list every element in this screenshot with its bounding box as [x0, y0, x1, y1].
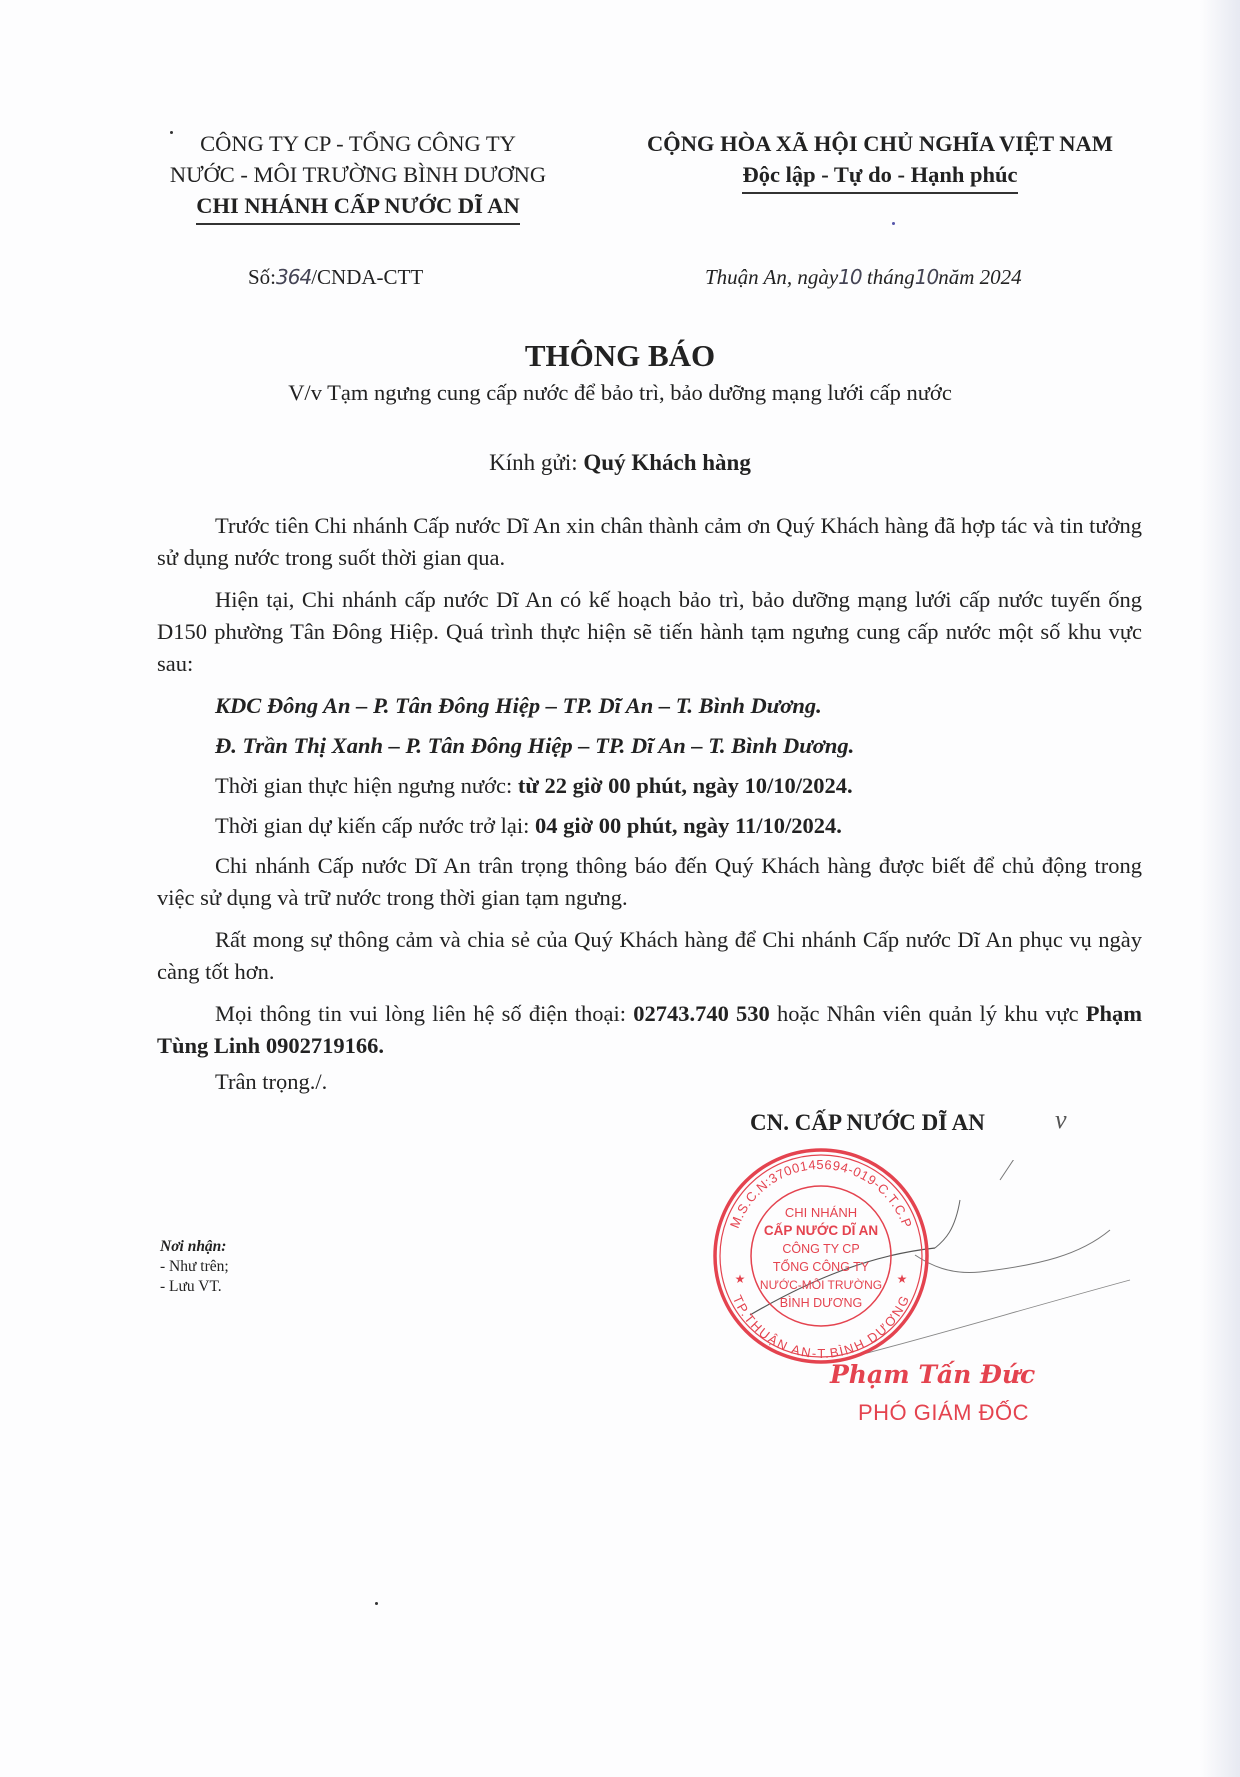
seal-star-right: ★ — [897, 1272, 908, 1286]
org-line-1: CÔNG TY CP - TỔNG CÔNG TY — [138, 128, 578, 159]
salutation-prefix: Kính gửi: — [489, 450, 583, 475]
area-1: KDC Đông An – P. Tân Đông Hiệp – TP. Dĩ … — [157, 690, 1142, 722]
initial-mark: ν — [1055, 1105, 1067, 1135]
document-subject: V/v Tạm ngưng cung cấp nước để bảo trì, … — [0, 380, 1240, 406]
national-motto: CỘNG HÒA XÃ HỘI CHỦ NGHĨA VIỆT NAM Độc l… — [600, 128, 1160, 194]
recipient-item: - Như trên; — [160, 1257, 229, 1277]
seal-line-3: CÔNG TY CP — [782, 1241, 859, 1256]
salutation-recipient: Quý Khách hàng — [583, 450, 750, 475]
date-year: năm 2024 — [938, 265, 1021, 289]
date-line: Thuận An, ngày10 tháng10năm 2024 — [705, 265, 1022, 290]
issuing-organization: CÔNG TY CP - TỔNG CÔNG TY NƯỚC - MÔI TRƯ… — [138, 128, 578, 225]
scan-speck — [375, 1602, 378, 1605]
closing: Trân trọng./. — [157, 1066, 1142, 1098]
motto-block: Độc lập - Tự do - Hạnh phúc — [742, 159, 1017, 194]
country-name: CỘNG HÒA XÃ HỘI CHỦ NGHĨA VIỆT NAM — [600, 128, 1160, 159]
area-2: Đ. Trần Thị Xanh – P. Tân Đông Hiệp – TP… — [157, 730, 1142, 762]
seal-star-left: ★ — [735, 1272, 746, 1286]
seal-line-5: NƯỚC-MÔI TRƯỜNG — [760, 1277, 882, 1292]
contact-prefix: Mọi thông tin vui lòng liên hệ số điện t… — [215, 1001, 633, 1026]
date-day: 10 — [838, 265, 861, 289]
org-branch-name: CHI NHÁNH CẤP NƯỚC DĨ AN — [196, 190, 520, 221]
document-number: Số:364/CNDA-CTT — [248, 265, 423, 290]
recipient-item: - Lưu VT. — [160, 1277, 229, 1297]
contact-phone: 02743.740 530 — [633, 1001, 770, 1026]
date-place: Thuận An, ngày — [705, 265, 838, 289]
org-underline — [196, 223, 520, 225]
contact-middle: hoặc Nhân viên quản lý khu vực — [770, 1001, 1086, 1026]
paragraph-thanks: Trước tiên Chi nhánh Cấp nước Dĩ An xin … — [157, 510, 1142, 574]
doc-number-suffix: /CNDA-CTT — [311, 265, 423, 289]
seal-line-1: CHI NHÁNH — [785, 1205, 857, 1220]
seal-line-6: BÌNH DƯƠNG — [780, 1295, 863, 1310]
resume-time: Thời gian dự kiến cấp nước trở lại: 04 g… — [157, 810, 1142, 842]
scan-speck — [170, 131, 173, 134]
recipients-block: Nơi nhận: - Như trên; - Lưu VT. — [160, 1237, 229, 1297]
signing-organization: CN. CẤP NƯỚC DĨ AN — [750, 1110, 985, 1136]
scan-edge-shadow — [1200, 0, 1240, 1777]
resume-time-label: Thời gian dự kiến cấp nước trở lại: — [215, 813, 535, 838]
org-line-2: NƯỚC - MÔI TRƯỜNG BÌNH DƯƠNG — [138, 159, 578, 190]
motto-underline — [742, 192, 1017, 194]
salutation: Kính gửi: Quý Khách hàng — [0, 450, 1240, 476]
seal-line-2: CẤP NƯỚC DĨ AN — [764, 1223, 878, 1238]
paragraph-plan: Hiện tại, Chi nhánh cấp nước Dĩ An có kế… — [157, 584, 1142, 680]
doc-number-prefix: Số: — [248, 265, 276, 289]
stop-time: Thời gian thực hiện ngưng nước: từ 22 gi… — [157, 770, 1142, 802]
signer-name: Phạm Tấn Đức — [830, 1360, 1035, 1389]
resume-time-value: 04 giờ 00 phút, ngày 11/10/2024. — [535, 813, 842, 838]
date-month: 10 — [915, 265, 938, 289]
stop-time-label: Thời gian thực hiện ngưng nước: — [215, 773, 518, 798]
doc-number-handwritten: 364 — [276, 265, 311, 289]
paragraph-apology: Rất mong sự thông cảm và chia sẻ của Quý… — [157, 924, 1142, 988]
motto: Độc lập - Tự do - Hạnh phúc — [742, 159, 1017, 190]
org-branch-block: CHI NHÁNH CẤP NƯỚC DĨ AN — [196, 190, 520, 225]
paragraph-notice: Chi nhánh Cấp nước Dĩ An trân trọng thôn… — [157, 850, 1142, 914]
stop-time-value: từ 22 giờ 00 phút, ngày 10/10/2024. — [518, 773, 853, 798]
recipients-label: Nơi nhận: — [160, 1237, 229, 1257]
signer-title: PHÓ GIÁM ĐỐC — [858, 1400, 1029, 1426]
company-seal: M.S.C.N:3700145694-019-C.T.C.P TP.THUẬN … — [710, 1145, 932, 1367]
paragraph-contact: Mọi thông tin vui lòng liên hệ số điện t… — [157, 998, 1142, 1062]
date-month-label: tháng — [867, 265, 915, 289]
seal-line-4: TỔNG CÔNG TY — [773, 1259, 870, 1274]
scan-speck — [892, 222, 895, 225]
document-title: THÔNG BÁO — [0, 338, 1240, 374]
